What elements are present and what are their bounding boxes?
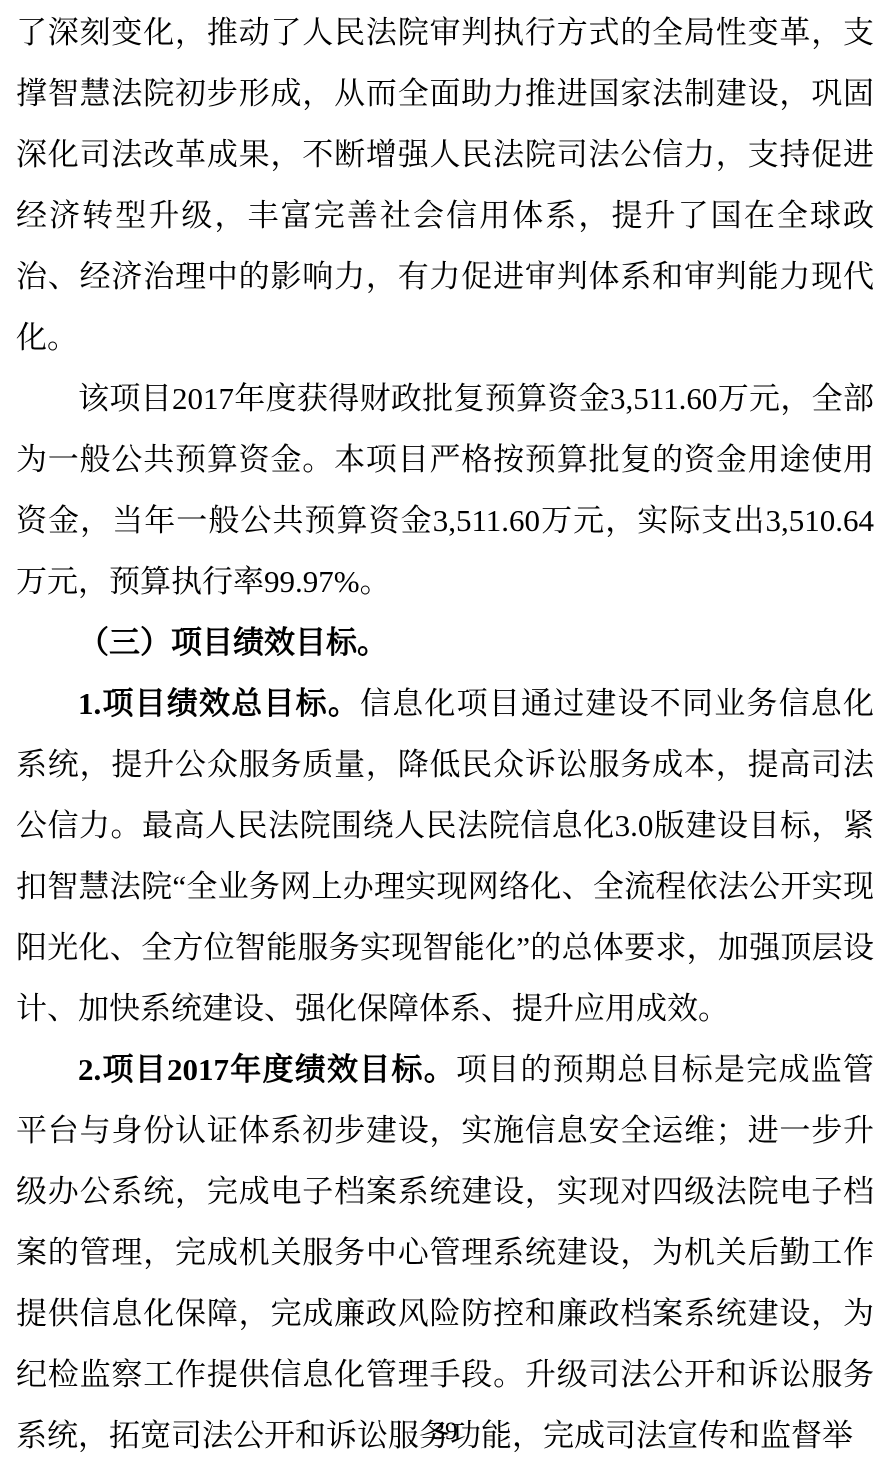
paragraph-annual-goal: 2.项目2017年度绩效目标。项目的预期总目标是完成监管平台与身份认证体系初步建…	[16, 1039, 874, 1464]
page-number: 39	[0, 1418, 890, 1446]
paragraph-annual-goal-lead: 2.项目2017年度绩效目标。	[78, 1052, 456, 1087]
paragraph-budget: 该项目2017年度获得财政批复预算资金3,511.60万元，全部为一般公共预算资…	[16, 368, 874, 612]
paragraph-annual-goal-text: 项目的预期总目标是完成监管平台与身份认证体系初步建设，实施信息安全运维；进一步升…	[16, 1052, 874, 1453]
paragraph-overall-goal-text: 信息化项目通过建设不同业务信息化系统，提升公众服务质量，降低民众诉讼服务成本，提…	[16, 686, 874, 1026]
paragraph-overall-goal: 1.项目绩效总目标。信息化项目通过建设不同业务信息化系统，提升公众服务质量，降低…	[16, 673, 874, 1039]
document-page: 了深刻变化，推动了人民法院审判执行方式的全局性变革，支撑智慧法院初步形成，从而全…	[0, 0, 890, 1464]
section-heading: （三）项目绩效目标。	[16, 612, 874, 673]
document-body: 了深刻变化，推动了人民法院审判执行方式的全局性变革，支撑智慧法院初步形成，从而全…	[0, 0, 890, 1464]
paragraph-overall-goal-lead: 1.项目绩效总目标。	[78, 686, 360, 721]
paragraph-continuation: 了深刻变化，推动了人民法院审判执行方式的全局性变革，支撑智慧法院初步形成，从而全…	[16, 2, 874, 368]
